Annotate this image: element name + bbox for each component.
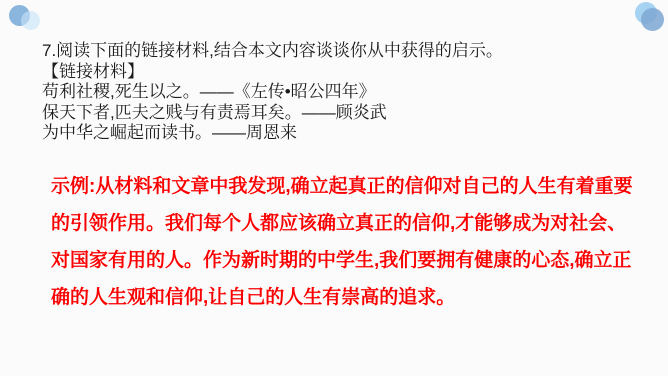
answer-line: 确的人生观和信仰,让自己的人生有崇高的追求。: [51, 279, 633, 316]
answer-text-block: 示例:从材料和文章中我发现,确立起真正的信仰对自己的人生有着重要 的引领作用。我…: [51, 168, 633, 316]
answer-line: 对国家有用的人。作为新时期的中学生,我们要拥有健康的心态,确立正: [51, 242, 633, 279]
question-line: 7.阅读下面的链接材料,结合本文内容谈谈你从中获得的启示。: [42, 41, 503, 62]
answer-line: 示例:从材料和文章中我发现,确立起真正的信仰对自己的人生有着重要: [51, 168, 633, 205]
top-right-blue-circle-icon: [641, 8, 664, 31]
question-line: 【链接材料】: [42, 62, 503, 83]
question-line: 苟利社稷,死生以之。——《左传•昭公四年》: [42, 82, 503, 103]
answer-line: 的引领作用。我们每个人都应该确立真正的信仰,才能够成为对社会、: [51, 205, 633, 242]
question-line: 保天下者,匹夫之贱与有责焉耳矣。——顾炎武: [42, 103, 503, 124]
top-left-light-circle-icon: [21, 11, 40, 30]
presentation-slide: 7.阅读下面的链接材料,结合本文内容谈谈你从中获得的启示。 【链接材料】 苟利社…: [0, 0, 668, 376]
question-line: 为中华之崛起而读书。——周恩来: [42, 123, 503, 144]
question-text-block: 7.阅读下面的链接材料,结合本文内容谈谈你从中获得的启示。 【链接材料】 苟利社…: [42, 41, 503, 144]
